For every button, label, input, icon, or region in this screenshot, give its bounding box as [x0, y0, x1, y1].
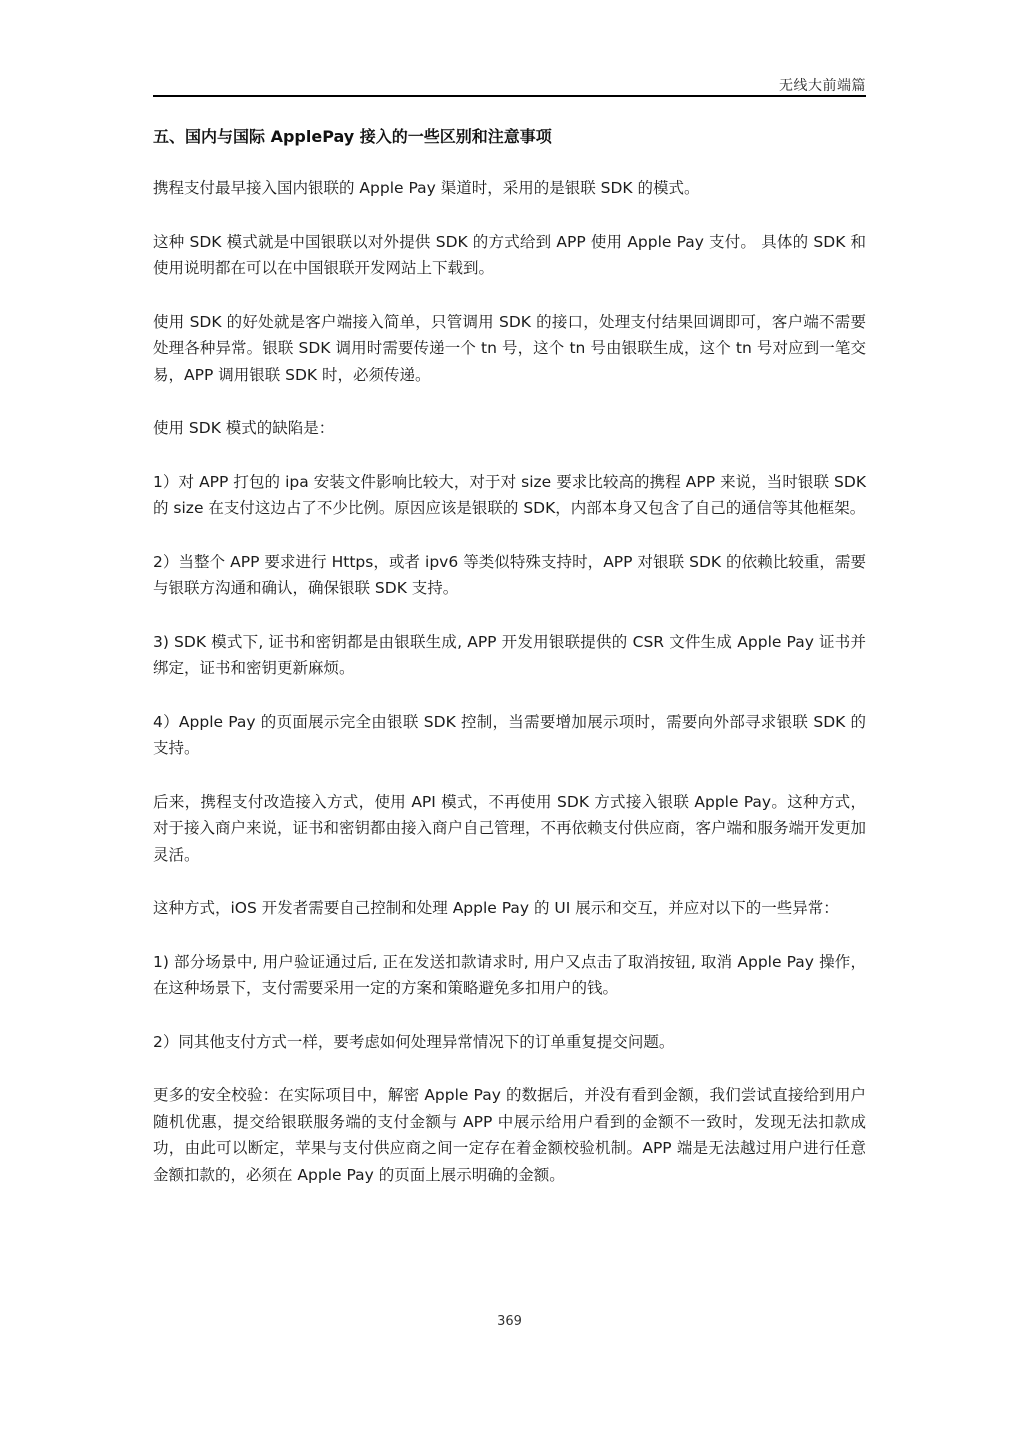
list-item-drawback-1: 1）对 APP 打包的 ipa 安装文件影响比较大，对于对 size 要求比较高…: [153, 469, 866, 522]
paragraph-security-check: 更多的安全校验：在实际项目中，解密 Apple Pay 的数据后，并没有看到金额…: [153, 1082, 866, 1188]
paragraph-sdk-mode: 这种 SDK 模式就是中国银联以对外提供 SDK 的方式给到 APP 使用 Ap…: [153, 229, 866, 282]
paragraph-sdk-drawbacks-intro: 使用 SDK 模式的缺陷是：: [153, 415, 866, 442]
header-divider: [153, 95, 866, 97]
list-item-drawback-3: 3) SDK 模式下, 证书和密钥都是由银联生成, APP 开发用银联提供的 C…: [153, 629, 866, 682]
paragraph-intro: 携程支付最早接入国内银联的 Apple Pay 渠道时，采用的是银联 SDK 的…: [153, 175, 866, 202]
page-number: 369: [0, 1314, 1019, 1329]
running-header-title: 无线大前端篇: [779, 75, 866, 95]
paragraph-ios-exceptions-intro: 这种方式，iOS 开发者需要自己控制和处理 Apple Pay 的 UI 展示和…: [153, 895, 866, 922]
list-item-drawback-2: 2）当整个 APP 要求进行 Https，或者 ipv6 等类似特殊支持时，AP…: [153, 549, 866, 602]
page-header: 无线大前端篇: [153, 72, 866, 96]
section-heading: 五、国内与国际 ApplePay 接入的一些区别和注意事项: [153, 124, 866, 150]
page-body: 五、国内与国际 ApplePay 接入的一些区别和注意事项 携程支付最早接入国内…: [153, 124, 866, 1215]
list-item-exception-1: 1) 部分场景中, 用户验证通过后, 正在发送扣款请求时, 用户又点击了取消按钮…: [153, 949, 866, 1002]
list-item-exception-2: 2）同其他支付方式一样，要考虑如何处理异常情况下的订单重复提交问题。: [153, 1029, 866, 1056]
paragraph-sdk-benefits: 使用 SDK 的好处就是客户端接入简单，只管调用 SDK 的接口，处理支付结果回…: [153, 309, 866, 389]
paragraph-api-mode: 后来，携程支付改造接入方式，使用 API 模式，不再使用 SDK 方式接入银联 …: [153, 789, 866, 869]
list-item-drawback-4: 4）Apple Pay 的页面展示完全由银联 SDK 控制，当需要增加展示项时，…: [153, 709, 866, 762]
